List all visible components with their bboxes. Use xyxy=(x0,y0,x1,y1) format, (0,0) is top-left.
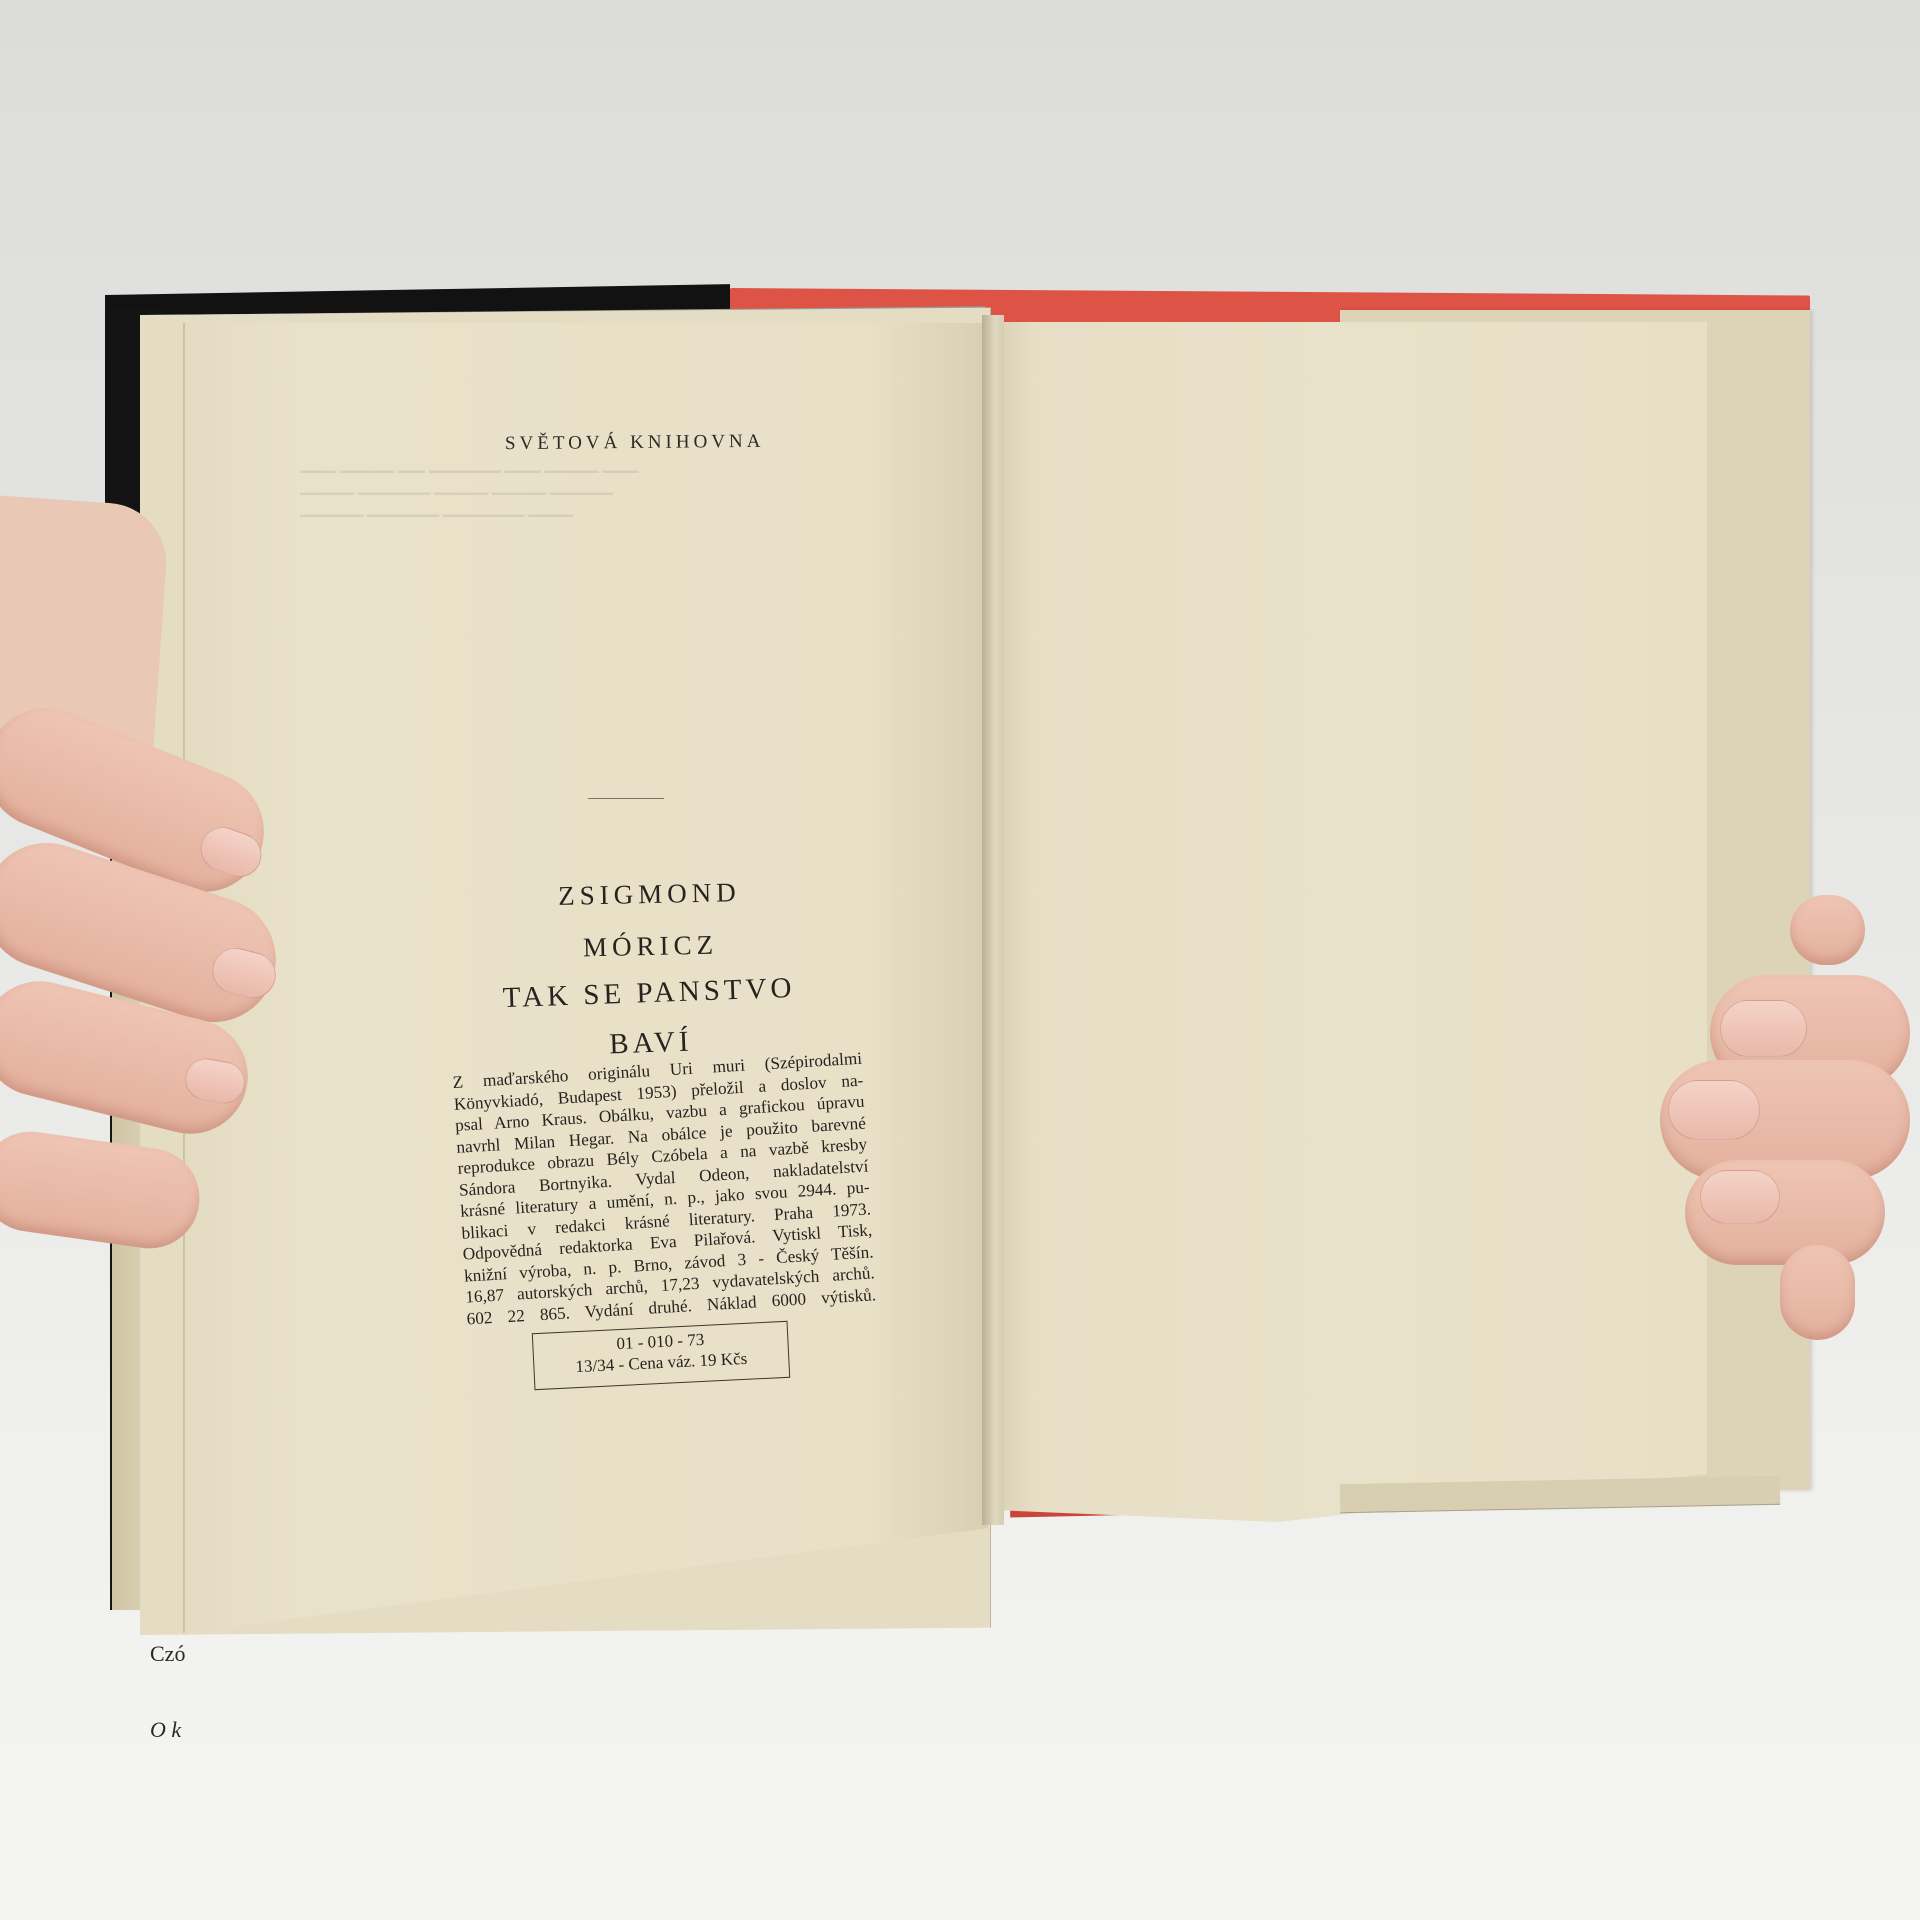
imprint-paragraph: Z maďarského originálu Uri muri (Szépiro… xyxy=(452,1048,877,1330)
right-finger-5 xyxy=(1780,1245,1855,1340)
right-fingernail-3 xyxy=(1668,1080,1760,1140)
series-name: SVĚTOVÁ KNIHOVNA xyxy=(505,431,765,455)
book-gutter xyxy=(982,315,1004,1525)
show-through-text: ━━━━ ━━━━━━ ━━━ ━━━━━━━━ ━━━━ ━━━━━━ ━━━… xyxy=(300,462,960,528)
divider-rule xyxy=(588,798,664,799)
author-first-name: ZSIGMOND xyxy=(519,865,780,922)
author-name: ZSIGMOND MÓRICZ xyxy=(519,865,781,974)
right-page[interactable] xyxy=(992,322,1707,1522)
right-fingernail-2 xyxy=(1720,1000,1807,1057)
flap-line xyxy=(150,1673,188,1711)
flap-line: Czó xyxy=(150,1635,188,1673)
flap-line: O k xyxy=(150,1711,188,1749)
right-fingernail-4 xyxy=(1700,1170,1780,1224)
right-finger-1 xyxy=(1790,895,1865,965)
